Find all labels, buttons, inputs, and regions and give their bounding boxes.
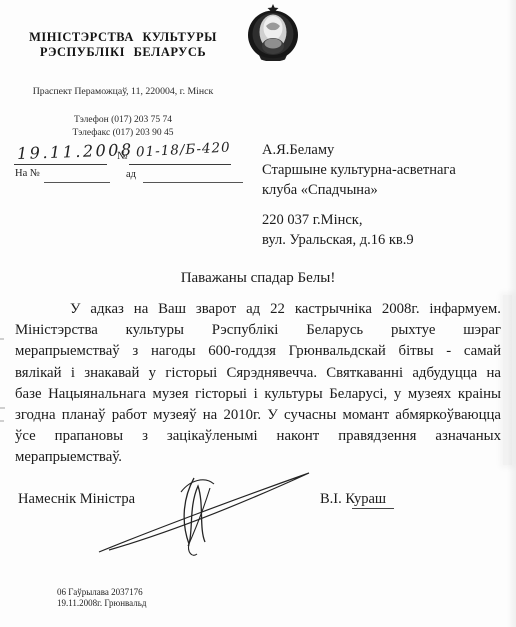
scan-streak (503, 295, 512, 465)
recipient-postal-line2: вул. Уральская, д.16 кв.9 (262, 230, 456, 250)
number-label: № (117, 150, 128, 162)
scanned-letter: МІНІСТЭРСТВА КУЛЬТУРЫ РЭСПУБЛІКІ БЕЛАРУС… (0, 0, 516, 627)
date-underline (14, 164, 107, 165)
body-line: мерапрыемстваў з нагоды 600-годдзя Грюнв… (15, 341, 501, 362)
scan-speck (0, 407, 5, 409)
body-line: У адказ на Ваш зварот ад 22 кастрычніка … (15, 299, 501, 320)
on-number-underline (44, 182, 110, 183)
recipient-gap (262, 200, 456, 210)
body-line: базе Нацыянальнага музея гісторыі і куль… (15, 384, 501, 405)
recipient-role-line1: Старшыне культурна-асветнага (262, 160, 456, 180)
ministry-address: Праспект Пераможцаў, 11, 220004, г. Мінс… (22, 86, 224, 97)
handwritten-signature (93, 462, 325, 562)
from-date-underline (143, 182, 243, 183)
ministry-phone: Тэлефон (017) 203 75 74 (22, 115, 224, 125)
signer-name-underline (352, 508, 394, 509)
recipient-name: А.Я.Беламу (262, 140, 456, 160)
typist-note: 06 Гаўрылава 2037176 19.11.2008г. Грюнва… (57, 587, 146, 608)
ministry-title-line2: РЭСПУБЛІКІ БЕЛАРУСЬ (22, 45, 224, 60)
handwritten-ref-number: 01-18/Б-420 (136, 140, 231, 161)
body-line: Міністэрства культуры Рэспублікі Беларус… (15, 320, 501, 341)
body-line: вялікай і знакавай у гісторыі Сярэднявеч… (15, 363, 501, 384)
from-date-label: ад (126, 169, 136, 180)
belarus-coat-of-arms-icon (244, 4, 302, 61)
number-underline (129, 164, 231, 165)
recipient-postal-line1: 220 037 г.Мінск, (262, 210, 456, 230)
recipient-role-line2: клуба «Спадчына» (262, 180, 456, 200)
typist-note-line2: 19.11.2008г. Грюнвальд (57, 598, 146, 609)
body-line: згодна планаў работ музеяў на 2010г. У с… (15, 405, 501, 426)
scan-speck (0, 338, 4, 340)
scan-speck (0, 420, 4, 422)
on-number-label: На № (15, 168, 40, 179)
signer-name: В.І. Кураш (320, 491, 386, 508)
ministry-title-block: МІНІСТЭРСТВА КУЛЬТУРЫ РЭСПУБЛІКІ БЕЛАРУС… (22, 30, 224, 60)
ministry-fax: Тэлефакс (017) 203 90 45 (22, 128, 224, 138)
ministry-title-line1: МІНІСТЭРСТВА КУЛЬТУРЫ (22, 30, 224, 45)
typist-note-line1: 06 Гаўрылава 2037176 (57, 587, 146, 598)
letter-body: У адказ на Ваш зварот ад 22 кастрычніка … (15, 299, 501, 469)
salutation: Паважаны спадар Белы! (0, 270, 516, 287)
recipient-block: А.Я.Беламу Старшыне культурна-асветнага … (262, 140, 456, 250)
body-line: ўсе прапановы з зацікаўленымі наконт пра… (15, 426, 501, 447)
